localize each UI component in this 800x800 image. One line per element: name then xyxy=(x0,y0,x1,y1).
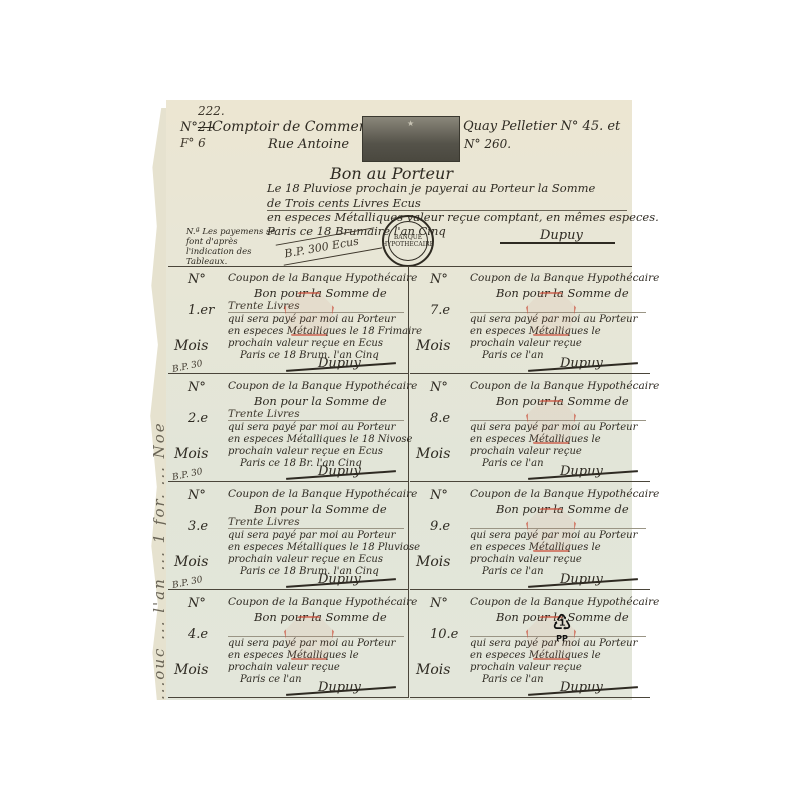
coupon-divider xyxy=(168,697,408,698)
coupon-no-label: N° xyxy=(188,380,206,395)
coupon-ordinal: 1.er xyxy=(188,303,214,318)
coupon-heading: Coupon de la Banque Hypothécaire xyxy=(228,596,417,608)
coupon-bon: Bon pour la Somme de xyxy=(254,394,387,408)
coupon-ordinal: 3.e xyxy=(188,519,208,534)
coupon-sum: Trente Livres xyxy=(228,516,404,529)
coupon-mois: Mois xyxy=(174,338,208,354)
coupon-line-3: prochain valeur reçue xyxy=(228,662,340,673)
recycle-pp-icon: ♳ PP xyxy=(548,614,576,644)
address-right-2: N° 260. xyxy=(464,137,511,151)
coupon-heading: Coupon de la Banque Hypothécaire xyxy=(470,380,659,392)
coupon: N°Coupon de la Banque HypothécaireBon po… xyxy=(410,374,650,482)
coupon-line-3: prochain valeur reçue en Ecus xyxy=(228,338,383,349)
coupon-ordinal: 7.e xyxy=(430,303,450,318)
coupon: N°Coupon de la Banque HypothécaireBon po… xyxy=(168,374,408,482)
coupon: N°Coupon de la Banque HypothécaireBon po… xyxy=(410,482,650,590)
folio: F° 6 xyxy=(180,136,206,150)
coupon-heading: Coupon de la Banque Hypothécaire xyxy=(228,380,417,392)
coupon-mois: Mois xyxy=(174,662,208,678)
coupon-ordinal: 4.e xyxy=(188,627,208,642)
handwritten-number: 222. xyxy=(198,104,225,118)
coupon-heading: Coupon de la Banque Hypothécaire xyxy=(470,272,659,284)
coupon-divider xyxy=(410,697,650,698)
coupon-mois: Mois xyxy=(416,446,450,462)
coupon: N°Coupon de la Banque HypothécaireBon po… xyxy=(168,482,408,590)
coupon-no-label: N° xyxy=(188,488,206,503)
recycle-label: PP xyxy=(556,634,568,643)
signature-flourish xyxy=(500,242,615,244)
coupon-ordinal: 9.e xyxy=(430,519,450,534)
coupon-ordinal: 8.e xyxy=(430,411,450,426)
coupon-line-3: prochain valeur reçue xyxy=(470,446,582,457)
coupon-line-3: prochain valeur reçue xyxy=(470,338,582,349)
coupon-line-3: prochain valeur reçue en Ecus xyxy=(228,446,383,457)
number-label: N°21 xyxy=(180,120,214,135)
recycle-triangle-icon: ♳ xyxy=(548,614,576,634)
coupon-heading: Coupon de la Banque Hypothécaire xyxy=(470,488,659,500)
coupon-mois: Mois xyxy=(174,554,208,570)
bon-line-1: Le 18 Pluviose prochain je payerai au Po… xyxy=(267,181,595,195)
coupon-no-label: N° xyxy=(430,380,448,395)
payment-note: N.ª Les payemens se font d'après l'indic… xyxy=(186,227,286,267)
coupon-line-1: qui sera payé par moi au Porteur xyxy=(228,422,395,433)
engraved-vignette-image xyxy=(362,116,460,162)
coupon-no-label: N° xyxy=(430,272,448,287)
coupon-mois: Mois xyxy=(416,554,450,570)
coupon: N°Coupon de la Banque HypothécaireBon po… xyxy=(168,590,408,698)
coupon-line-4: Paris ce l'an xyxy=(482,674,544,685)
coupon-line-4: Paris ce l'an xyxy=(240,674,302,685)
coupon-no-label: N° xyxy=(188,272,206,287)
coupon-no-label: N° xyxy=(430,488,448,503)
coupon-ordinal: 2.e xyxy=(188,411,208,426)
bon-line-2: de Trois cents Livres Ecus xyxy=(267,196,627,211)
coupon-line-3: prochain valeur reçue xyxy=(470,554,582,565)
coupon-mois: Mois xyxy=(416,338,450,354)
coupon-heading: Coupon de la Banque Hypothécaire xyxy=(470,596,659,608)
coupon-sum: Trente Livres xyxy=(228,408,404,421)
coupon-heading: Coupon de la Banque Hypothécaire xyxy=(228,488,417,500)
coupon-line-4: Paris ce l'an xyxy=(482,458,544,469)
coupon-heading: Coupon de la Banque Hypothécaire xyxy=(228,272,417,284)
coupon-line-4: Paris ce l'an xyxy=(482,350,544,361)
coupon-line-2: en especes Métalliques le 18 Pluviose xyxy=(228,542,420,553)
coupon-ordinal: 10.e xyxy=(430,627,458,642)
coupon-bon: Bon pour la Somme de xyxy=(254,502,387,516)
coupon-line-4: Paris ce l'an xyxy=(482,566,544,577)
coupon-no-label: N° xyxy=(188,596,206,611)
signature: Dupuy xyxy=(540,228,583,243)
coupon: N°Coupon de la Banque HypothécaireBon po… xyxy=(168,266,408,374)
bon-line-3: en especes Métalliques valeur reçue comp… xyxy=(267,210,659,224)
address-left: Rue Antoine xyxy=(268,137,349,152)
coupon-line-3: prochain valeur reçue en Ecus xyxy=(228,554,383,565)
coupon-line-1: qui sera payé par moi au Porteur xyxy=(228,530,395,541)
coupon-mois: Mois xyxy=(416,662,450,678)
coupon-line-3: prochain valeur reçue xyxy=(470,662,582,673)
no-label: N° xyxy=(180,120,198,135)
bank-seal-stamp: BANQUE HYPOTHECAIRE xyxy=(382,215,434,267)
coupon: N°Coupon de la Banque HypothécaireBon po… xyxy=(410,266,650,374)
coupon: N°Coupon de la Banque HypothécaireBon po… xyxy=(410,590,650,698)
institution-name: Comptoir de Commerce xyxy=(212,119,382,135)
coupon-no-label: N° xyxy=(430,596,448,611)
address-right-1: Quay Pelletier N° 45. et xyxy=(463,119,620,134)
coupon-mois: Mois xyxy=(174,446,208,462)
coupon-line-2: en especes Métalliques le 18 Nivose xyxy=(228,434,412,445)
